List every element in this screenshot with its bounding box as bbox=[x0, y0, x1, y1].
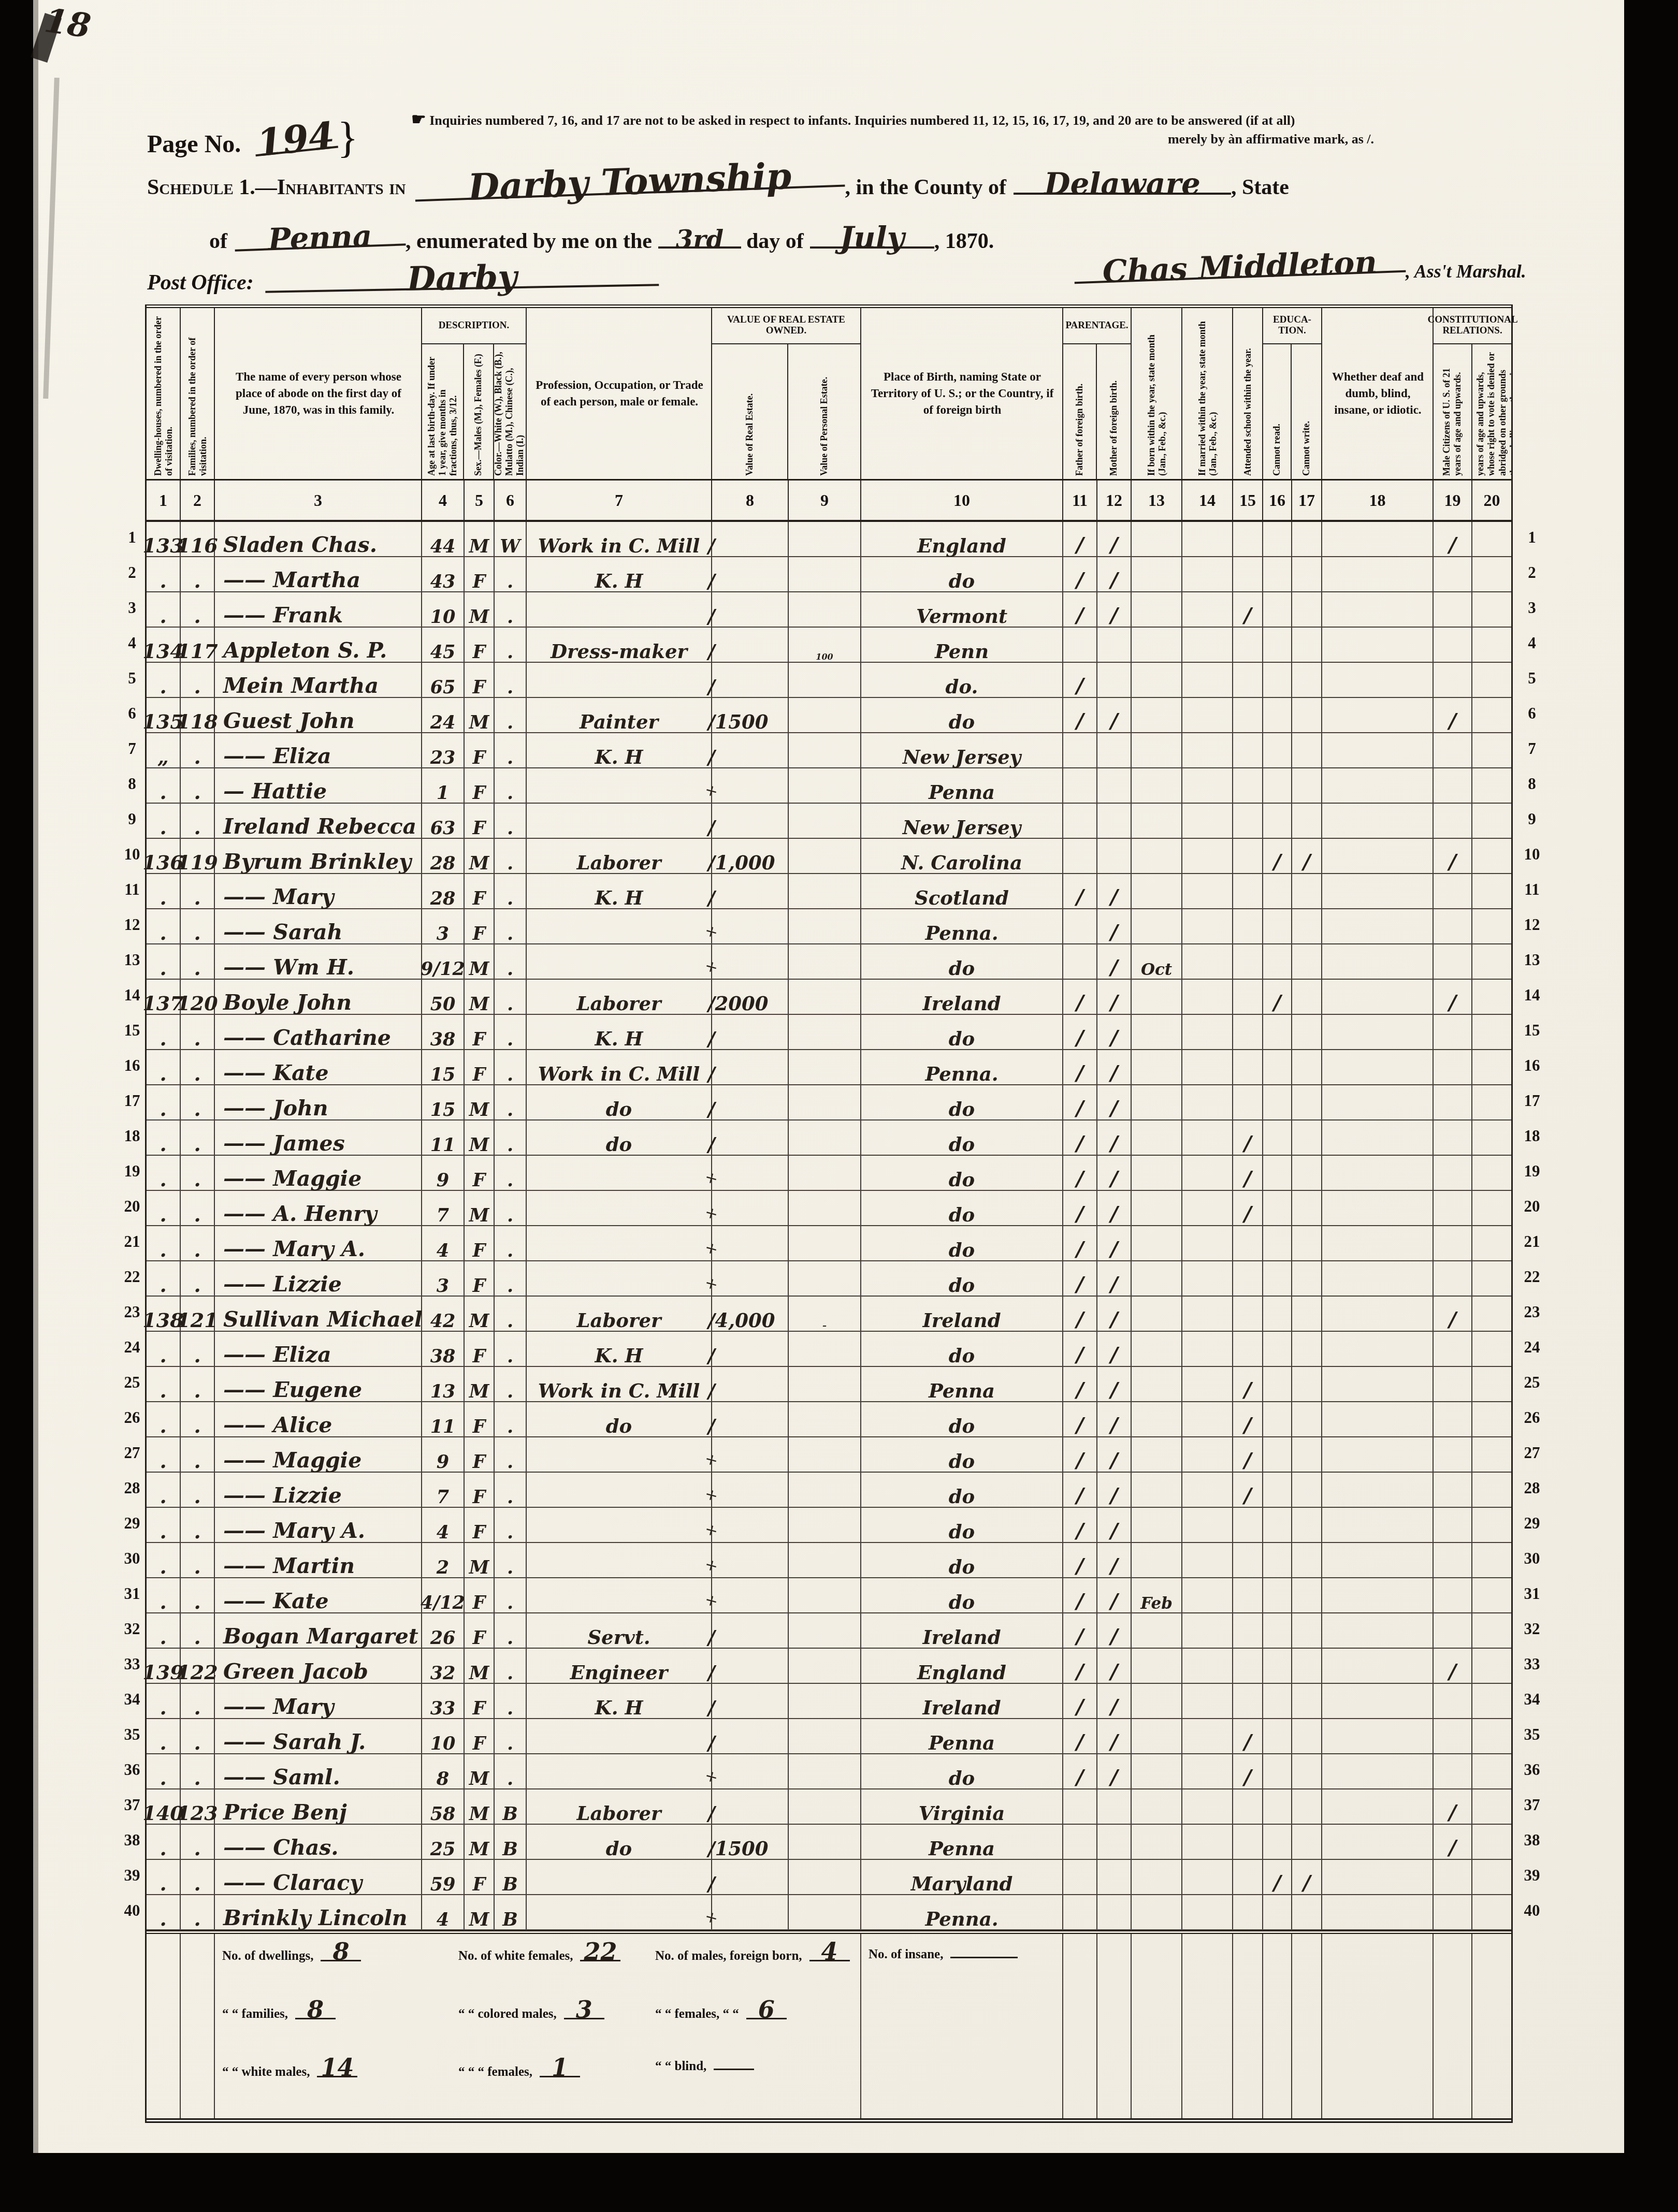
col-occupation bbox=[527, 1543, 712, 1577]
col-birth-month bbox=[1132, 1402, 1182, 1436]
col-color: . bbox=[495, 1649, 527, 1683]
entry-value: —— Sarah bbox=[223, 922, 342, 943]
entry-value: – bbox=[822, 1322, 827, 1330]
brace-glyph: } bbox=[337, 113, 358, 163]
row-number: 23 bbox=[1519, 1294, 1545, 1330]
entry-value: do bbox=[949, 1558, 975, 1577]
affirmative-mark: / bbox=[1076, 605, 1084, 626]
table-row: 133116Sladen Chas.44MWWork in C. Mill/En… bbox=[147, 522, 1511, 557]
col-sex: F bbox=[465, 804, 495, 838]
table-header: Dwelling-houses, numbered in the order o… bbox=[147, 304, 1511, 481]
col-family: . bbox=[181, 663, 215, 697]
col-cannot-write bbox=[1292, 1437, 1322, 1472]
col-school: / bbox=[1233, 1719, 1263, 1753]
col-school bbox=[1233, 804, 1263, 838]
entry-value: M bbox=[469, 995, 489, 1013]
col-cannot-read bbox=[1263, 1050, 1292, 1084]
col-family: . bbox=[181, 1085, 215, 1119]
col-cannot-write bbox=[1292, 1402, 1322, 1436]
affirmative-mark: / bbox=[1076, 1662, 1084, 1682]
entry-value: Price Benj bbox=[223, 1802, 347, 1823]
entry-value: M bbox=[469, 608, 489, 626]
affirmative-mark: / bbox=[1076, 1133, 1084, 1154]
col-dwelling: . bbox=[147, 1050, 181, 1084]
col-name: —— Lizzie bbox=[215, 1473, 422, 1507]
col-color: . bbox=[495, 1543, 527, 1577]
col-deaf-dumb bbox=[1322, 1085, 1434, 1119]
row-number: 6 bbox=[119, 696, 145, 731]
column-header-4: Age at last birth-day. If under 1 year, … bbox=[422, 344, 464, 479]
entry-value: . bbox=[160, 1487, 166, 1506]
affirmative-mark: / bbox=[1110, 1239, 1118, 1260]
col-deaf-dumb bbox=[1322, 1332, 1434, 1366]
entry-value: . bbox=[507, 1699, 513, 1718]
row-number: 34 bbox=[1519, 1682, 1545, 1717]
col-real-estate: + bbox=[712, 1226, 789, 1260]
col-occupation: Work in C. Mill bbox=[527, 522, 712, 556]
col-school bbox=[1233, 663, 1263, 697]
col-dwelling: 140 bbox=[147, 1789, 181, 1824]
entry-value: M bbox=[469, 1911, 489, 1929]
affirmative-mark: / bbox=[1076, 1098, 1084, 1119]
entry-value: Painter bbox=[580, 712, 658, 732]
col-family: 118 bbox=[181, 698, 215, 732]
col-birthplace: do bbox=[861, 1543, 1063, 1577]
col-birth-month bbox=[1132, 1613, 1182, 1648]
col-dwelling: . bbox=[147, 1825, 181, 1859]
col-cannot-write bbox=[1292, 1015, 1322, 1049]
entry-value: 59 bbox=[430, 1875, 456, 1894]
col-birthplace: New Jersey bbox=[861, 733, 1063, 767]
col-color: . bbox=[495, 839, 527, 873]
col-vote-denied bbox=[1472, 1261, 1511, 1296]
col-cannot-write bbox=[1292, 804, 1322, 838]
entry-value: . bbox=[194, 1733, 200, 1753]
column-number-15: 15 bbox=[1233, 481, 1263, 520]
col-name: Byrum Brinkley bbox=[215, 839, 422, 873]
col-sex: F bbox=[465, 1508, 495, 1542]
col-birth-month bbox=[1132, 1261, 1182, 1296]
col-name: —— Saml. bbox=[215, 1754, 422, 1788]
entry-value: —— Claracy bbox=[223, 1872, 362, 1894]
affirmative-mark: / bbox=[1076, 711, 1084, 732]
census-page: 18 Page No. 194 } ☛ Inquiries numbered 7… bbox=[33, 0, 1624, 2153]
col-sex: M bbox=[465, 1649, 495, 1683]
col-dwelling: . bbox=[147, 663, 181, 697]
col-citizen bbox=[1434, 1191, 1472, 1225]
entry-value: Maryland bbox=[911, 1874, 1013, 1894]
col-citizen bbox=[1434, 1402, 1472, 1436]
col-cannot-read bbox=[1263, 522, 1292, 556]
col-occupation: K. H bbox=[527, 557, 712, 591]
col-dwelling: 139 bbox=[147, 1649, 181, 1683]
entry-value: Penna. bbox=[925, 924, 998, 943]
col-married-month bbox=[1182, 874, 1233, 908]
col-married-month bbox=[1182, 1261, 1233, 1296]
col-personal-estate bbox=[789, 1613, 861, 1648]
col-age: 7 bbox=[422, 1473, 465, 1507]
col-school bbox=[1233, 1578, 1263, 1612]
col-real-estate: / bbox=[712, 1649, 789, 1683]
col-personal-estate bbox=[789, 768, 861, 803]
col-married-month bbox=[1182, 1050, 1233, 1084]
row-number: 31 bbox=[1519, 1576, 1545, 1611]
footer-label: “ “ colored males, bbox=[458, 2007, 557, 2021]
col-occupation bbox=[527, 1437, 712, 1472]
table-row: ..—— Lizzie3F.+do// bbox=[147, 1261, 1511, 1297]
col-deaf-dumb bbox=[1322, 1684, 1434, 1718]
col-real-estate: + bbox=[712, 1754, 789, 1788]
col-mother-foreign: / bbox=[1097, 1297, 1132, 1331]
affirmative-mark: / bbox=[1110, 922, 1118, 943]
entry-value: —— Maggie bbox=[223, 1168, 361, 1189]
col-age: 65 bbox=[422, 663, 465, 697]
col-vote-denied bbox=[1472, 1473, 1511, 1507]
col-cannot-write bbox=[1292, 909, 1322, 943]
col-name: Mein Martha bbox=[215, 663, 422, 697]
col-father-foreign: / bbox=[1063, 1719, 1097, 1753]
entry-value: 8 bbox=[437, 1770, 449, 1788]
col-name: —— Martin bbox=[215, 1543, 422, 1577]
col-citizen: / bbox=[1434, 1825, 1472, 1859]
column-number-17: 17 bbox=[1292, 481, 1322, 520]
col-birthplace: Ireland bbox=[861, 1684, 1063, 1718]
row-number: 20 bbox=[119, 1189, 145, 1224]
entry-value: do bbox=[949, 1452, 975, 1471]
col-sex: F bbox=[465, 557, 495, 591]
affirmative-mark: / bbox=[1110, 993, 1118, 1013]
entry-value: Ireland bbox=[922, 1698, 1001, 1718]
col-dwelling: . bbox=[147, 804, 181, 838]
col-cannot-read bbox=[1263, 1825, 1292, 1859]
census-table: Dwelling-houses, numbered in the order o… bbox=[145, 304, 1513, 2123]
col-family: . bbox=[181, 1015, 215, 1049]
col-married-month bbox=[1182, 1473, 1233, 1507]
col-father-foreign: / bbox=[1063, 1508, 1097, 1542]
entry-value: F bbox=[473, 1242, 486, 1260]
col-sex: F bbox=[465, 1719, 495, 1753]
entry-value: Oct bbox=[1141, 962, 1172, 978]
column-number-14: 14 bbox=[1182, 481, 1233, 520]
affirmative-mark: / bbox=[1244, 1767, 1252, 1788]
table-row: ..—— Mary A.4F.+do// bbox=[147, 1508, 1511, 1543]
col-name: —— Sarah J. bbox=[215, 1719, 422, 1753]
col-birthplace: Penna bbox=[861, 1719, 1063, 1753]
col-sex: M bbox=[465, 1120, 495, 1155]
col-personal-estate bbox=[789, 1191, 861, 1225]
state-label: , State bbox=[1231, 175, 1289, 200]
col-citizen bbox=[1434, 768, 1472, 803]
column-number-7: 7 bbox=[527, 481, 712, 520]
col-sex: M bbox=[465, 1754, 495, 1788]
col-school bbox=[1233, 1015, 1263, 1049]
column-header-label: Cannot write. bbox=[1301, 351, 1312, 476]
entry-value: /2000 bbox=[708, 994, 769, 1013]
column-header-1: Dwelling-houses, numbered in the order o… bbox=[147, 308, 181, 479]
col-dwelling: . bbox=[147, 1367, 181, 1401]
row-number: 4 bbox=[1519, 625, 1545, 661]
col-real-estate: / bbox=[712, 663, 789, 697]
col-mother-foreign: / bbox=[1097, 1120, 1132, 1155]
footer-label: No. of dwellings, bbox=[222, 1949, 313, 1963]
col-birthplace: do bbox=[861, 1578, 1063, 1612]
entry-value: . bbox=[194, 1275, 200, 1295]
entry-value: . bbox=[194, 1416, 200, 1436]
entry-value: —— Martin bbox=[223, 1555, 355, 1577]
col-vote-denied bbox=[1472, 592, 1511, 627]
affirmative-mark: / bbox=[1449, 1309, 1456, 1330]
col-mother-foreign: / bbox=[1097, 1156, 1132, 1190]
col-family: . bbox=[181, 1050, 215, 1084]
column-header-label: If married within the year, state month … bbox=[1197, 314, 1219, 476]
col-cannot-write bbox=[1292, 1085, 1322, 1119]
col-citizen bbox=[1434, 909, 1472, 943]
row-number: 29 bbox=[119, 1506, 145, 1541]
col-vote-denied bbox=[1472, 628, 1511, 662]
entry-value: Penna. bbox=[925, 1910, 998, 1929]
col-personal-estate bbox=[789, 980, 861, 1014]
col-name: Appleton S. P. bbox=[215, 628, 422, 662]
row-number: 19 bbox=[1519, 1154, 1545, 1189]
column-number-12: 12 bbox=[1097, 481, 1132, 520]
table-row: 135118Guest John24M.Painter/1500do/// bbox=[147, 698, 1511, 733]
county-label: , in the County of bbox=[845, 175, 1006, 200]
col-age: 25 bbox=[422, 1825, 465, 1859]
col-father-foreign: / bbox=[1063, 874, 1097, 908]
col-citizen bbox=[1434, 1719, 1472, 1753]
col-cannot-write: / bbox=[1292, 839, 1322, 873]
entry-value: —— Mary A. bbox=[223, 1239, 365, 1260]
affirmative-mark: / bbox=[1076, 1239, 1084, 1260]
col-citizen bbox=[1434, 1261, 1472, 1296]
col-family: . bbox=[181, 1684, 215, 1718]
affirmative-mark: / bbox=[1110, 1415, 1118, 1436]
column-header-13: If born within the year, state month (Ja… bbox=[1132, 308, 1182, 479]
entry-value: / bbox=[708, 572, 715, 591]
col-personal-estate bbox=[789, 1719, 861, 1753]
col-occupation: K. H bbox=[527, 1332, 712, 1366]
entry-value: . bbox=[194, 1099, 200, 1119]
affirmative-mark: / bbox=[1076, 1486, 1084, 1506]
col-vote-denied bbox=[1472, 1543, 1511, 1577]
affirmative-mark: / bbox=[1110, 1133, 1118, 1154]
entry-value: . bbox=[507, 1171, 513, 1189]
entry-value: F bbox=[473, 749, 486, 767]
col-birthplace: N. Carolina bbox=[861, 839, 1063, 873]
entry-value: K. H bbox=[595, 1346, 643, 1365]
col-birthplace: England bbox=[861, 522, 1063, 556]
column-header-label: Profession, Occupation, or Trade of each… bbox=[535, 377, 704, 410]
entry-value: 28 bbox=[430, 854, 456, 872]
col-age: 28 bbox=[422, 874, 465, 908]
col-sex: F bbox=[465, 1437, 495, 1472]
col-vote-denied bbox=[1472, 768, 1511, 803]
col-family: 121 bbox=[181, 1297, 215, 1331]
col-cannot-read bbox=[1263, 1402, 1292, 1436]
col-cannot-read bbox=[1263, 698, 1292, 732]
entry-value: . bbox=[160, 1275, 166, 1295]
affirmative-mark: / bbox=[1076, 1767, 1084, 1788]
col-father-foreign: / bbox=[1063, 1297, 1097, 1331]
col-cannot-read bbox=[1263, 1719, 1292, 1753]
col-color: . bbox=[495, 909, 527, 943]
pointing-hand-icon: ☛ bbox=[411, 110, 426, 128]
footer-insane: No. of insane, bbox=[869, 1947, 1062, 1962]
col-cannot-write bbox=[1292, 1261, 1322, 1296]
col-color: . bbox=[495, 1684, 527, 1718]
county-value: Delaware bbox=[1014, 176, 1231, 195]
entry-value: 10 bbox=[430, 608, 456, 626]
footer-value: 1 bbox=[540, 2059, 580, 2077]
column-header-10: Place of Birth, naming State or Territor… bbox=[861, 308, 1063, 479]
col-personal-estate bbox=[789, 1120, 861, 1155]
col-family: 123 bbox=[181, 1789, 215, 1824]
row-number: 14 bbox=[1519, 978, 1545, 1013]
col-age: 8 bbox=[422, 1754, 465, 1788]
col-cannot-write bbox=[1292, 1895, 1322, 1929]
table-row: 134117Appleton S. P.45F.Dress-maker/100P… bbox=[147, 628, 1511, 663]
entry-value: —— Wm H. bbox=[223, 957, 354, 978]
row-number: 32 bbox=[1519, 1611, 1545, 1647]
col-real-estate: /2000 bbox=[712, 980, 789, 1014]
entry-value: . bbox=[160, 1205, 166, 1225]
row-number: 29 bbox=[1519, 1506, 1545, 1541]
col-real-estate: /1500 bbox=[712, 1825, 789, 1859]
col-married-month bbox=[1182, 522, 1233, 556]
column-header-label: Attended school within the year. bbox=[1242, 314, 1253, 476]
col-family: . bbox=[181, 1402, 215, 1436]
header-group-title: EDUCA- TION. bbox=[1263, 308, 1321, 344]
col-sex: F bbox=[465, 1473, 495, 1507]
col-school bbox=[1233, 1684, 1263, 1718]
row-numbers-left: 1234567891011121314151617181920212223242… bbox=[119, 304, 145, 2123]
entry-value: Ireland bbox=[922, 994, 1001, 1013]
entry-value: 28 bbox=[430, 890, 456, 908]
entry-value: F bbox=[473, 1875, 486, 1894]
col-real-estate: / bbox=[712, 804, 789, 838]
col-cannot-write bbox=[1292, 1754, 1322, 1788]
col-married-month bbox=[1182, 1613, 1233, 1648]
col-cannot-read bbox=[1263, 1684, 1292, 1718]
col-deaf-dumb bbox=[1322, 1719, 1434, 1753]
col-real-estate: /1,000 bbox=[712, 839, 789, 873]
col-occupation bbox=[527, 1156, 712, 1190]
instructions: ☛ Inquiries numbered 7, 16, and 17 are n… bbox=[411, 109, 1571, 148]
entry-value: . bbox=[507, 1206, 513, 1225]
header-col: Dwelling-houses, numbered in the order o… bbox=[147, 308, 181, 479]
affirmative-mark: / bbox=[1076, 1345, 1084, 1365]
entry-value: Laborer bbox=[576, 853, 661, 872]
affirmative-mark: / bbox=[1076, 1274, 1084, 1295]
col-mother-foreign: / bbox=[1097, 1402, 1132, 1436]
col-cannot-read bbox=[1263, 1508, 1292, 1542]
col-age: 4/12 bbox=[422, 1578, 465, 1612]
col-dwelling: . bbox=[147, 1332, 181, 1366]
col-color: . bbox=[495, 804, 527, 838]
col-name: —— Wm H. bbox=[215, 944, 422, 979]
entry-value: . bbox=[507, 749, 513, 767]
col-birth-month bbox=[1132, 1789, 1182, 1824]
entry-value: . bbox=[194, 1451, 200, 1471]
col-cannot-write bbox=[1292, 1050, 1322, 1084]
of-label: of bbox=[209, 229, 227, 254]
col-deaf-dumb bbox=[1322, 839, 1434, 873]
entry-value: . bbox=[194, 1205, 200, 1225]
entry-value: do bbox=[606, 1100, 632, 1119]
entry-value: —— Mary bbox=[223, 1696, 334, 1718]
entry-value: . bbox=[507, 890, 513, 908]
col-mother-foreign bbox=[1097, 663, 1132, 697]
col-citizen bbox=[1434, 557, 1472, 591]
col-married-month bbox=[1182, 1789, 1233, 1824]
col-personal-estate bbox=[789, 1789, 861, 1824]
col-citizen: / bbox=[1434, 698, 1472, 732]
table-row: „.—— Eliza23F.K. H/New Jersey bbox=[147, 733, 1511, 768]
col-married-month bbox=[1182, 1437, 1233, 1472]
col-cannot-read bbox=[1263, 1367, 1292, 1401]
col-married-month bbox=[1182, 1156, 1233, 1190]
col-dwelling: . bbox=[147, 1543, 181, 1577]
entry-value: . bbox=[160, 1874, 166, 1894]
entry-value: M bbox=[469, 854, 489, 872]
col-occupation: Servt. bbox=[527, 1613, 712, 1648]
table-row: ..—— Saml.8M.+do/// bbox=[147, 1754, 1511, 1789]
col-birth-month bbox=[1132, 1015, 1182, 1049]
col-age: 9 bbox=[422, 1437, 465, 1472]
col-mother-foreign: / bbox=[1097, 980, 1132, 1014]
entry-value: Vermont bbox=[916, 607, 1007, 626]
col-father-foreign: / bbox=[1063, 1120, 1097, 1155]
entry-value: . bbox=[194, 1029, 200, 1049]
entry-value: Mein Martha bbox=[223, 675, 379, 696]
table-row: ..—— Maggie9F.+do/// bbox=[147, 1156, 1511, 1191]
entry-value: Laborer bbox=[576, 994, 661, 1013]
column-number-1: 1 bbox=[147, 481, 181, 520]
col-father-foreign: / bbox=[1063, 592, 1097, 627]
col-mother-foreign: / bbox=[1097, 1578, 1132, 1612]
col-age: 13 bbox=[422, 1367, 465, 1401]
entry-value: do bbox=[949, 1100, 975, 1119]
entry-value: 1 bbox=[437, 784, 449, 802]
entry-value: M bbox=[469, 714, 489, 732]
col-cannot-write bbox=[1292, 557, 1322, 591]
col-cannot-read bbox=[1263, 592, 1292, 627]
col-name: —— Mary A. bbox=[215, 1508, 422, 1542]
col-cannot-write bbox=[1292, 1613, 1322, 1648]
col-family: . bbox=[181, 1120, 215, 1155]
entry-value: . bbox=[160, 1416, 166, 1436]
col-school bbox=[1233, 1649, 1263, 1683]
col-color: . bbox=[495, 1015, 527, 1049]
col-sex: M bbox=[465, 1825, 495, 1859]
entry-value: F bbox=[473, 1066, 486, 1084]
entry-value: . bbox=[160, 1592, 166, 1612]
col-birth-month bbox=[1132, 1332, 1182, 1366]
col-married-month bbox=[1182, 1684, 1233, 1718]
col-birth-month bbox=[1132, 1754, 1182, 1788]
column-header-label: Male Citizens of U. S. of 21 years of ag… bbox=[1441, 351, 1463, 476]
col-school bbox=[1233, 1895, 1263, 1929]
col-birth-month bbox=[1132, 1050, 1182, 1084]
entry-value: . bbox=[160, 888, 166, 908]
col-married-month bbox=[1182, 839, 1233, 873]
column-header-label: Mother of foreign birth. bbox=[1108, 351, 1119, 476]
column-header-17: Cannot write. bbox=[1292, 344, 1321, 479]
footer-label: “ “ white males, bbox=[222, 2065, 310, 2079]
page-number-line: Page No. 194 } bbox=[147, 113, 358, 163]
col-married-month bbox=[1182, 1578, 1233, 1612]
col-birthplace: do bbox=[861, 1332, 1063, 1366]
